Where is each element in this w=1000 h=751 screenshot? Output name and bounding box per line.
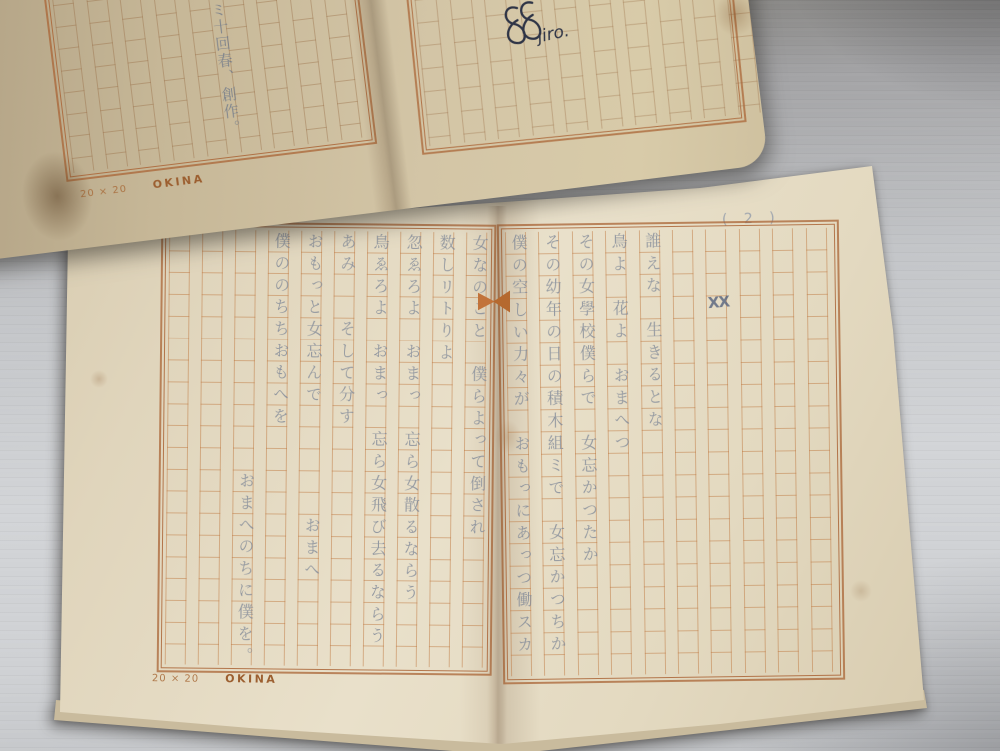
- grid-column-strip: [538, 232, 565, 676]
- grid-column-strip: [396, 0, 451, 146]
- grid-column-strip: [805, 228, 832, 672]
- left-page-grid-frame: ミ十回春、創作。: [32, 0, 372, 177]
- grid-column-strip: [231, 230, 257, 665]
- fold-clip-mark: [478, 290, 510, 313]
- printed-footer: 20 × 20OKINA: [152, 666, 278, 687]
- signature-flourish-icon: [502, 1, 542, 45]
- grid-column-strip: [429, 232, 455, 667]
- left-page-grid-frame: 女なのこと僕らよって倒され数しリトりよ忽ゑろよおまっ忘ら女散るならう鳥ゑろよおま…: [161, 225, 493, 671]
- grid-column-strip: [330, 231, 356, 666]
- age-stain: [90, 370, 108, 388]
- grid-column-strip: [739, 229, 766, 673]
- grid-column-strip: [37, 0, 94, 173]
- brand-label: OKINA: [225, 672, 277, 686]
- brand-label: OKINA: [152, 172, 205, 191]
- grid-column-strip: [605, 231, 632, 675]
- grid-size-label: 20 × 20: [152, 673, 199, 685]
- grid-column-strip: [572, 231, 599, 675]
- grid-column-strip: [198, 230, 224, 665]
- center-fold-shadow: [487, 206, 507, 744]
- grid-size-label: 20 × 20: [80, 184, 128, 201]
- grid-column-strip: [165, 229, 191, 664]
- grid-column-strip: [396, 232, 422, 667]
- photograph-of-manuscripts: ( 2 ) 女なのこと僕らよって倒され数しリトりよ忽ゑろよおまっ忘ら女散るならう…: [0, 0, 1000, 751]
- age-stain: [850, 580, 872, 602]
- grid-column-strip: [264, 230, 290, 665]
- grid-column-strip: [297, 231, 323, 666]
- grid-column-strip: [672, 230, 699, 674]
- grid-column-strip: [638, 230, 665, 674]
- right-page-grid-frame: 誰えな生きるとな鳥よ花よおまへつその女學校僕らで女忘かつたかその幼年の日の積木組…: [501, 224, 841, 681]
- scribble-mark: XX: [708, 293, 731, 313]
- grid-column-strip: [772, 228, 799, 672]
- grid-column-strip: [363, 231, 389, 666]
